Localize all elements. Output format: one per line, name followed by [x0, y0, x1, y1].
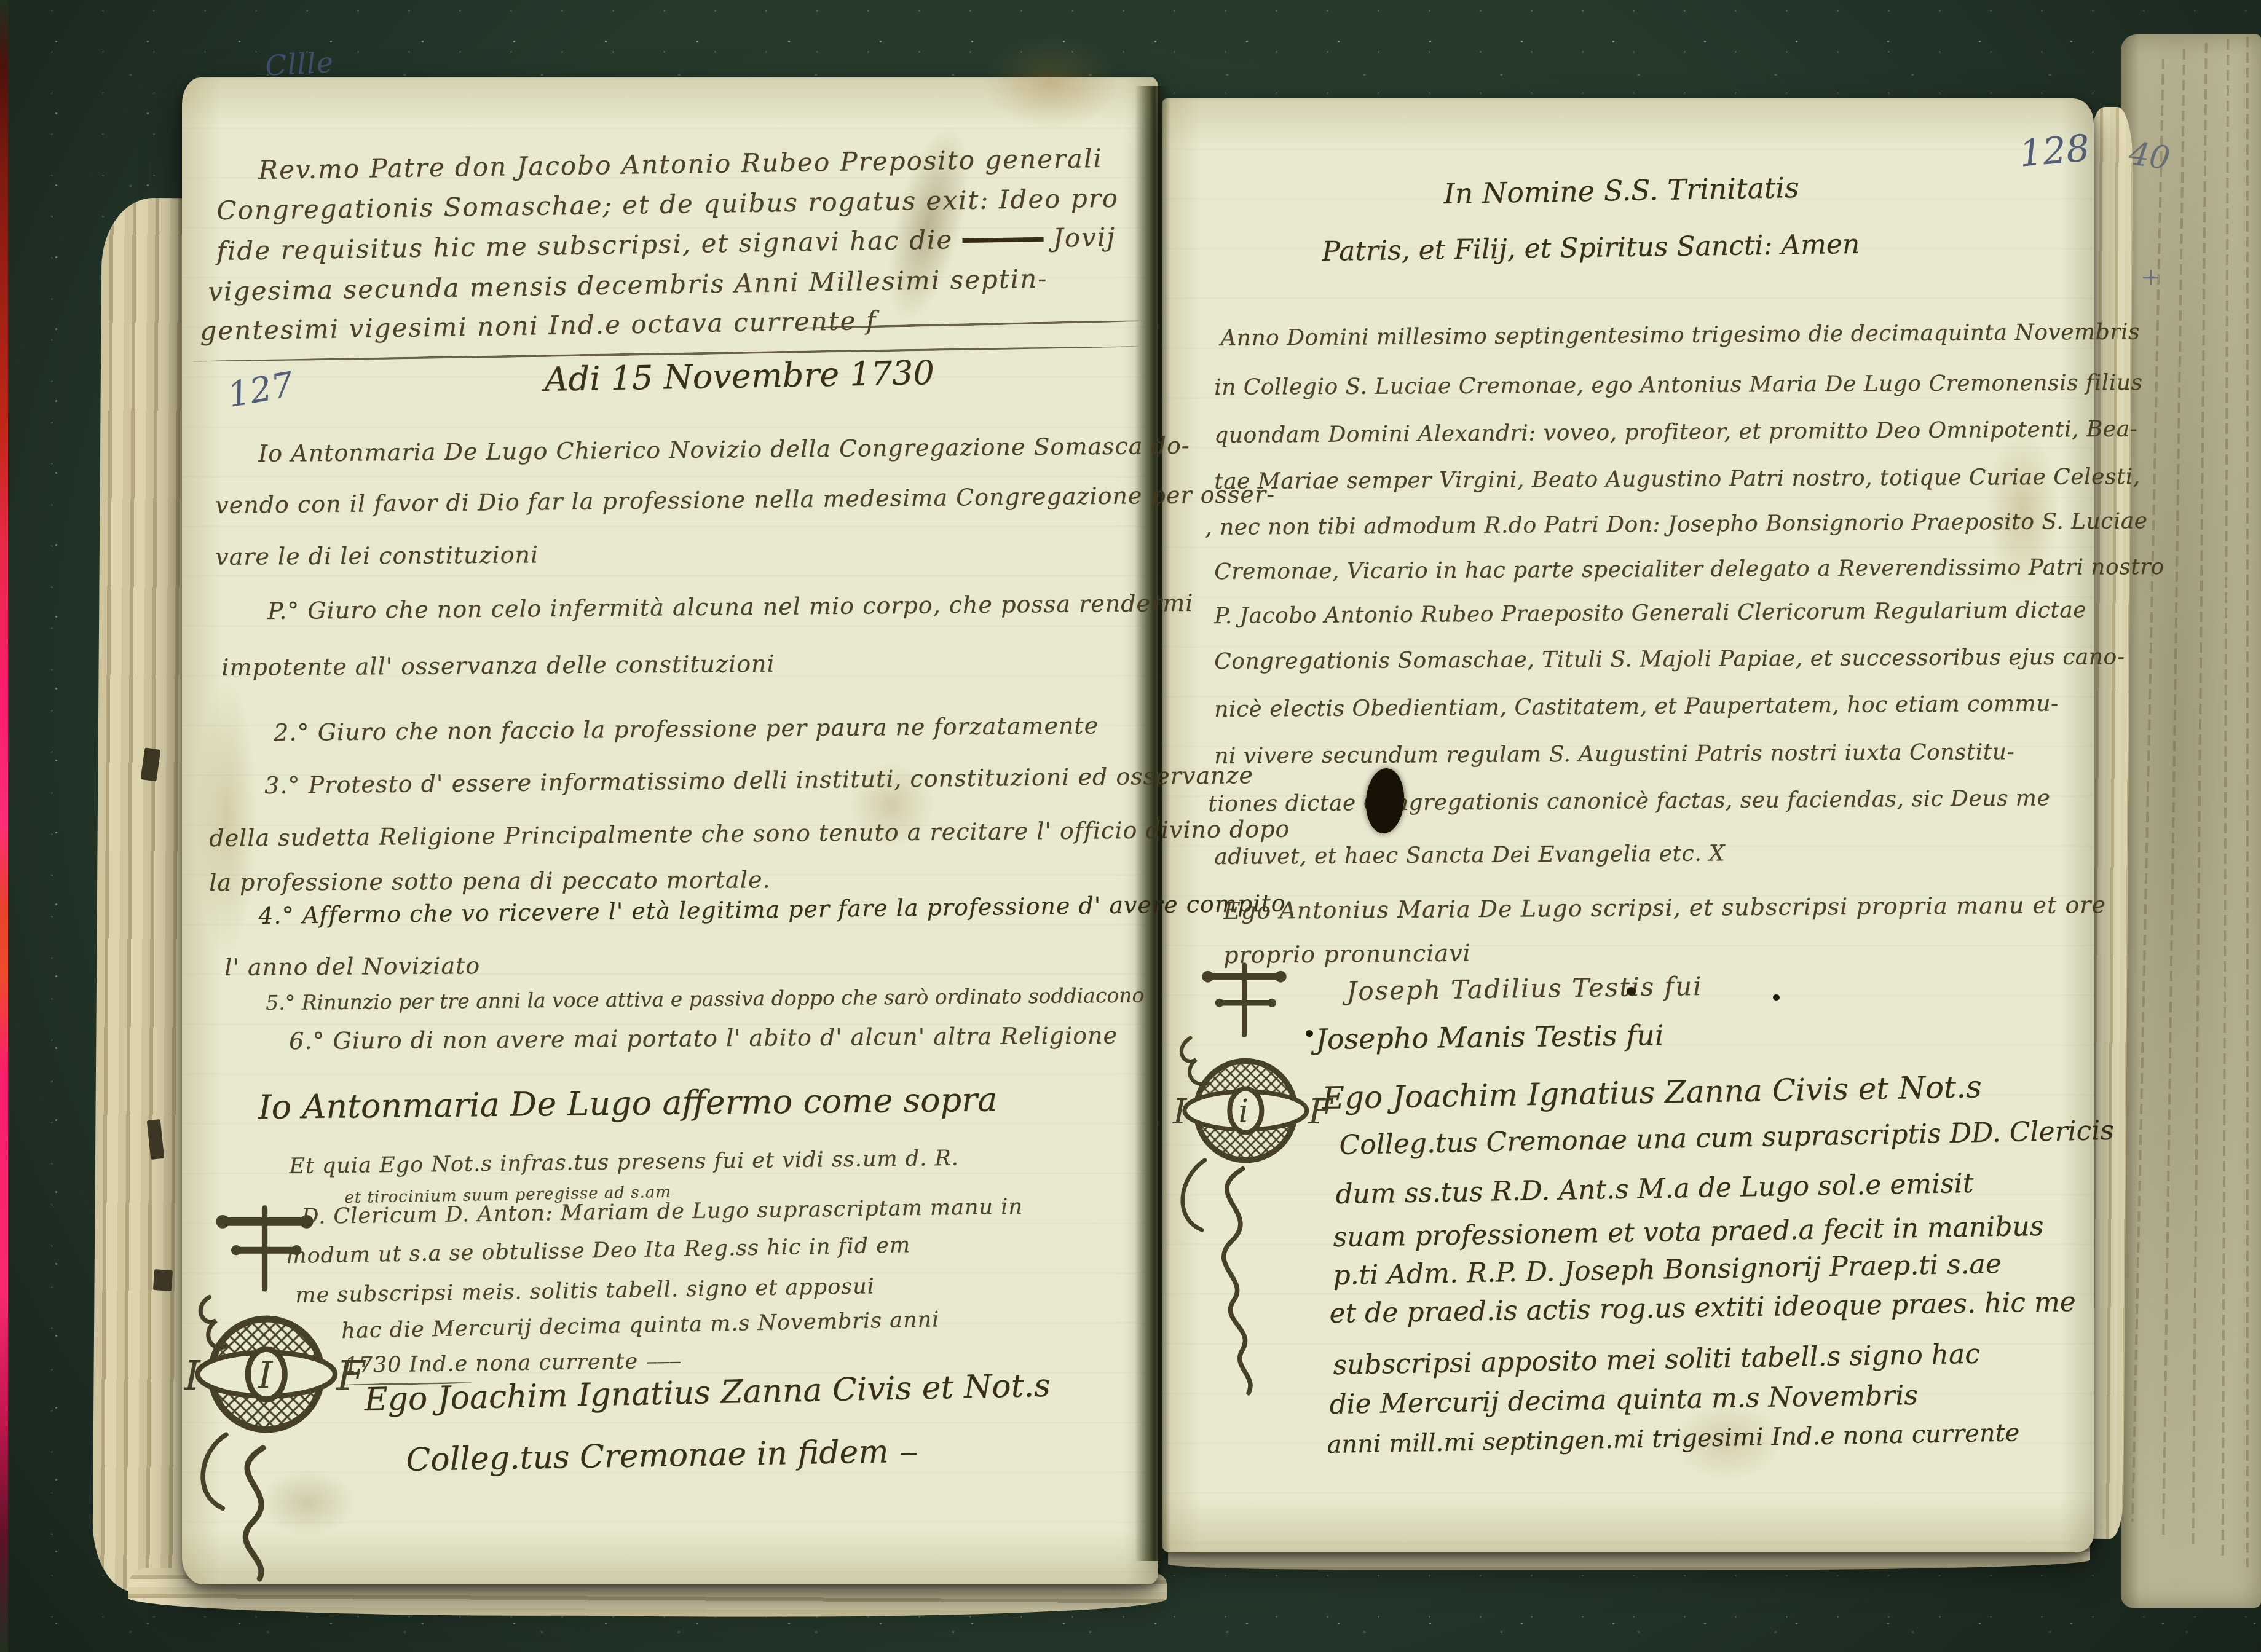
- vow-line: la professione sotto pena di peccato mor…: [209, 866, 771, 896]
- ink-dot: [1773, 994, 1780, 1001]
- tabellion-letter: F: [336, 1353, 366, 1399]
- edge-ink-mark: [153, 1269, 173, 1291]
- vow-line: impotente all' osservanza delle constitu…: [221, 650, 775, 681]
- profession-line: Cremonae, Vicario in hac parte specialit…: [1214, 554, 2164, 584]
- fore-edge-folio-number: 40: [2127, 135, 2172, 178]
- tabellion-letter: I: [1172, 1091, 1188, 1132]
- fore-edge-cross-mark: +: [2141, 263, 2161, 291]
- folio-number-128: 128: [2018, 127, 2091, 176]
- profession-line: in Collegio S. Luciae Cremonae, ego Anto…: [1214, 370, 2142, 400]
- corner-pen-flourish: Cllle: [264, 45, 334, 82]
- ink-dot: [1627, 987, 1636, 996]
- parchment-script-column: [2246, 37, 2249, 1567]
- date-heading: Adi 15 Novembre 1730: [544, 353, 934, 399]
- tabellion-letter: F: [1308, 1091, 1334, 1132]
- profession-line: adiuvet, et haec Sancta Dei Evangelia et…: [1214, 841, 1725, 870]
- cancelled-word: ———: [962, 223, 1044, 254]
- witness-signature: Josepho Manis Testis fui: [1316, 1018, 1664, 1056]
- profession-line: Congregationis Somaschae, Tituli S. Majo…: [1214, 644, 2125, 674]
- manuscript-photo: Cllle 127 Rev.mo Patre don Jacobo Antoni…: [0, 0, 2261, 1652]
- notary-latin-line: 1730 Ind.e nona currente ⎯⎯⎯: [344, 1348, 680, 1378]
- notary-tabellion-mark-left: I I F: [176, 1198, 360, 1587]
- witness-signature: Joseph Tadilius Testis fui: [1346, 971, 1703, 1006]
- tabellion-letter: I: [184, 1353, 201, 1399]
- notary-tabellion-mark-right: I i F: [1164, 956, 1325, 1422]
- vow-line: 6.° Giuro di non avere mai portato l' ab…: [289, 1022, 1118, 1055]
- declaration-line: vare le di lei constituzioni: [215, 541, 539, 570]
- profession-line: ni vivere secundum regulam S. Augustini …: [1214, 739, 2014, 769]
- film-color-strip: [0, 0, 8, 1652]
- profession-line: tae Mariae semper Virgini, Beato Augusti…: [1214, 464, 2141, 494]
- vow-line: l' anno del Noviziato: [224, 952, 480, 981]
- professed-affirmation-signature: Io Antonmaria De Lugo affermo come sopra: [258, 1080, 998, 1127]
- header-line-tail: Jovij: [1052, 222, 1116, 253]
- tabellion-letter: I: [258, 1354, 274, 1397]
- invocation-line: In Nomine S.S. Trinitatis: [1443, 171, 1799, 210]
- tabellion-letter: i: [1239, 1093, 1249, 1130]
